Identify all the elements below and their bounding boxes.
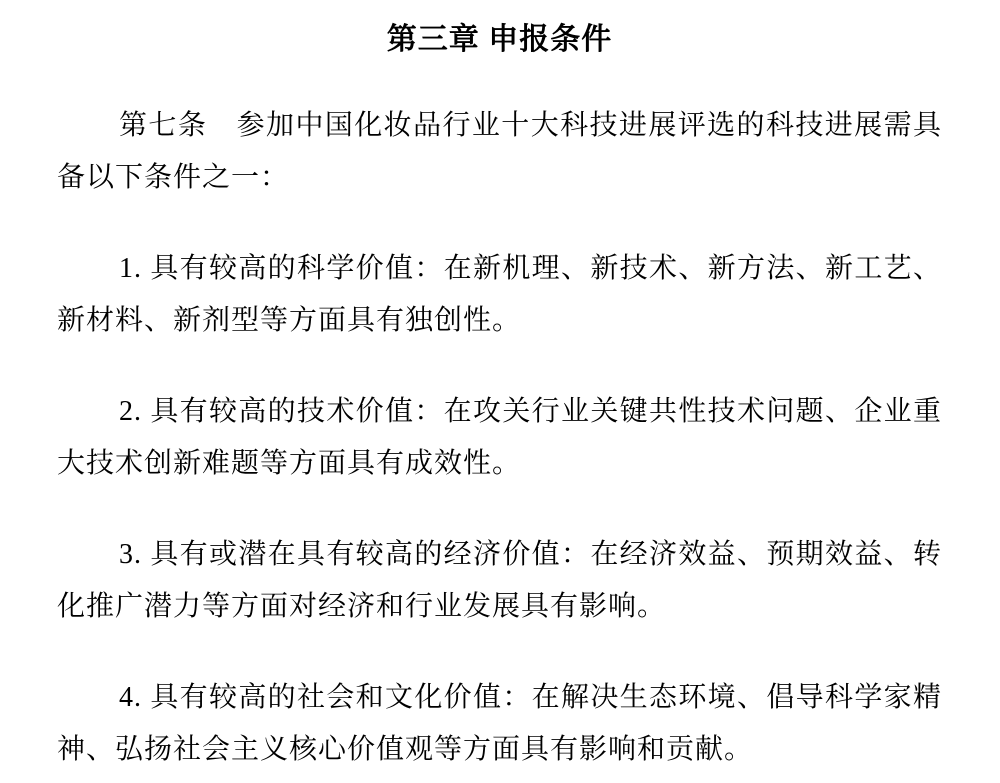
page-title: 第三章 申报条件: [57, 20, 942, 60]
paragraph-article-seven: 第七条 参加中国化妆品行业十大科技进展评选的科技进展需具备以下条件之一：: [57, 100, 942, 204]
paragraph-criterion-1: 1. 具有较高的科学价值：在新机理、新技术、新方法、新工艺、新材料、新剂型等方面…: [57, 243, 942, 347]
document-page: 第三章 申报条件 第七条 参加中国化妆品行业十大科技进展评选的科技进展需具备以下…: [0, 0, 1000, 783]
paragraph-criterion-2: 2. 具有较高的技术价值：在攻关行业关键共性技术问题、企业重大技术创新难题等方面…: [57, 386, 942, 490]
paragraph-criterion-4: 4. 具有较高的社会和文化价值：在解决生态环境、倡导科学家精神、弘扬社会主义核心…: [57, 672, 942, 776]
paragraph-criterion-3: 3. 具有或潜在具有较高的经济价值：在经济效益、预期效益、转化推广潜力等方面对经…: [57, 529, 942, 633]
